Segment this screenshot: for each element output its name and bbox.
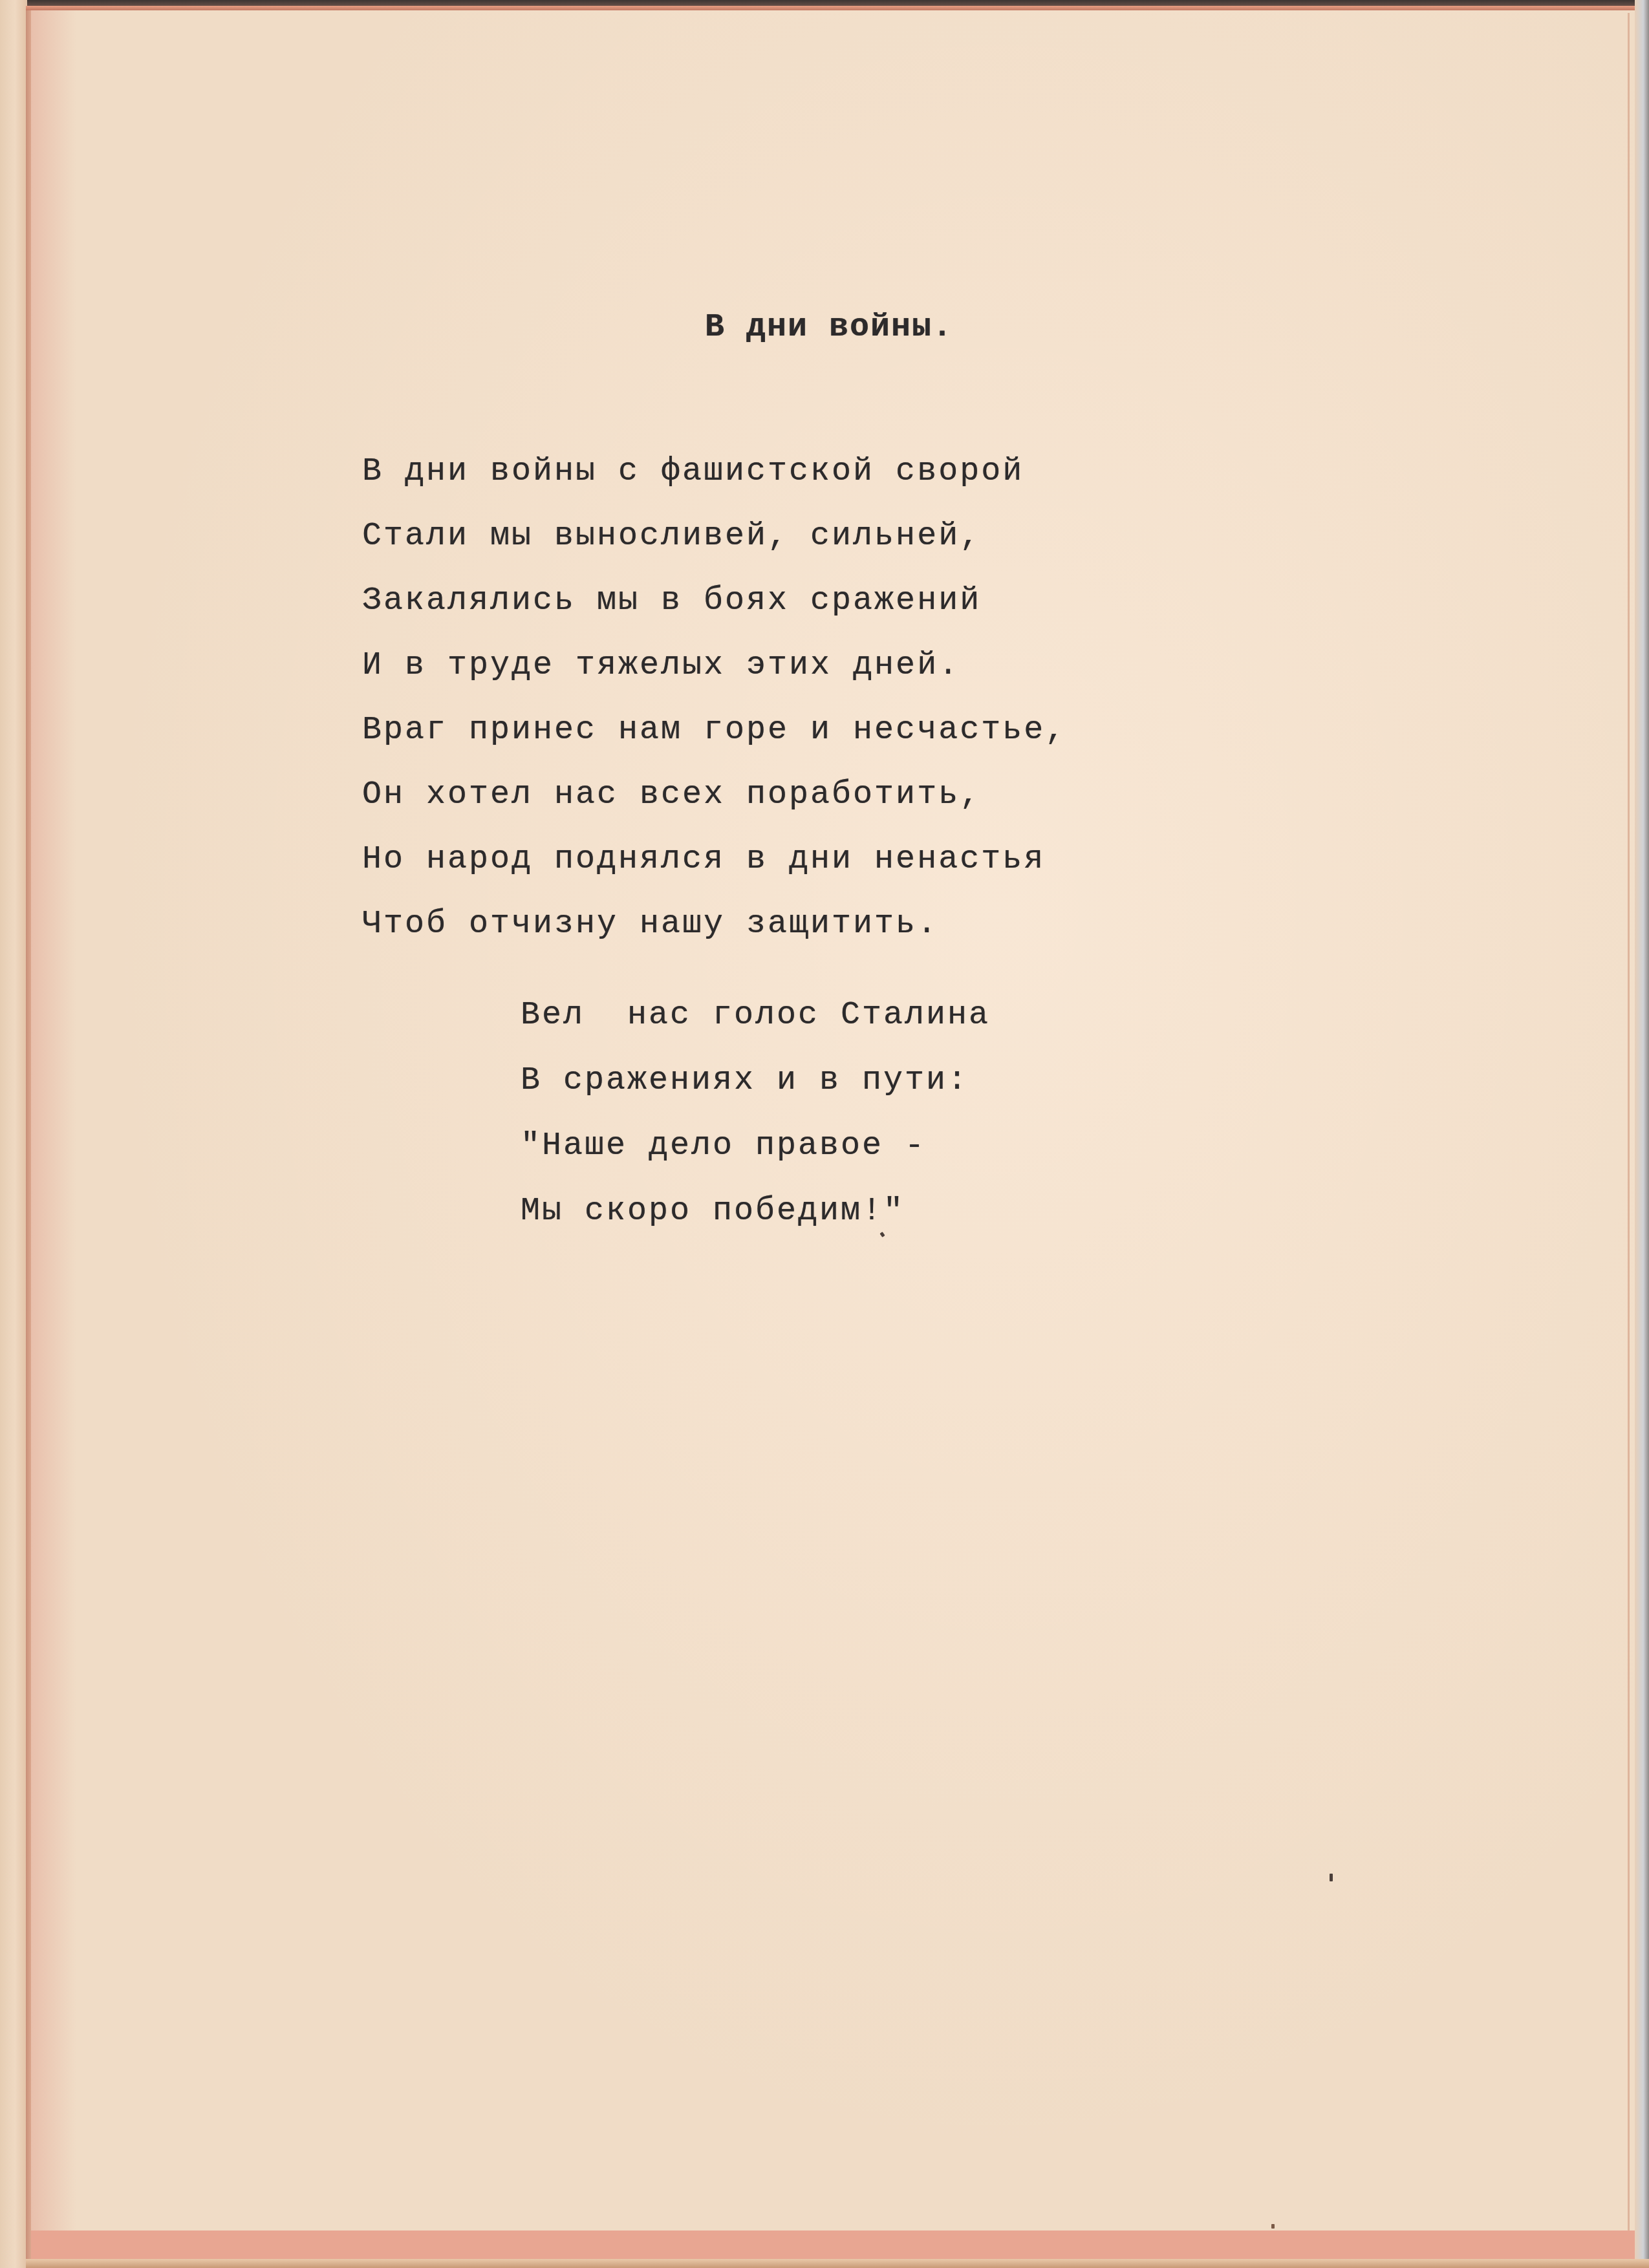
ink-speck — [1330, 1874, 1333, 1881]
refrain-line: Мы скоро победим!" — [521, 1179, 990, 1244]
ink-speck — [1271, 2224, 1275, 2229]
poem-stanza: В дни войны с фашистской сворой Стали мы… — [362, 440, 1066, 957]
poem-line: В дни войны с фашистской сворой — [362, 440, 1066, 504]
paper-top-border — [26, 6, 1649, 10]
poem-line: Чтоб отчизну нашу защитить. — [362, 892, 1066, 957]
paper-right-edge — [1635, 0, 1649, 2268]
refrain-line: "Наше дело правое - — [521, 1113, 990, 1179]
poem-refrain: Вел нас голос Сталина В сражениях и в пу… — [521, 983, 990, 1244]
paper-right-line — [1628, 13, 1630, 2256]
bottom-edge — [26, 2259, 1649, 2268]
refrain-line: В сражениях и в пути: — [521, 1048, 990, 1113]
poem-line: Стали мы выносливей, сильней, — [362, 504, 1066, 569]
poem-title: В дни войны. — [705, 309, 953, 346]
poem-line: Закалялись мы в боях сражений — [362, 569, 1066, 634]
binding-fold — [26, 6, 31, 2268]
poem-line: Враг принес нам горе и несчастье, — [362, 698, 1066, 763]
poem-line: Он хотел нас всех поработить, — [362, 763, 1066, 828]
binding-strip — [0, 0, 27, 2268]
poem-line: И в труде тяжелых этих дней. — [362, 634, 1066, 698]
poem-line: Но народ поднялся в дни ненастья — [362, 828, 1066, 892]
bottom-band — [31, 2231, 1635, 2259]
refrain-line: Вел нас голос Сталина — [521, 983, 990, 1048]
